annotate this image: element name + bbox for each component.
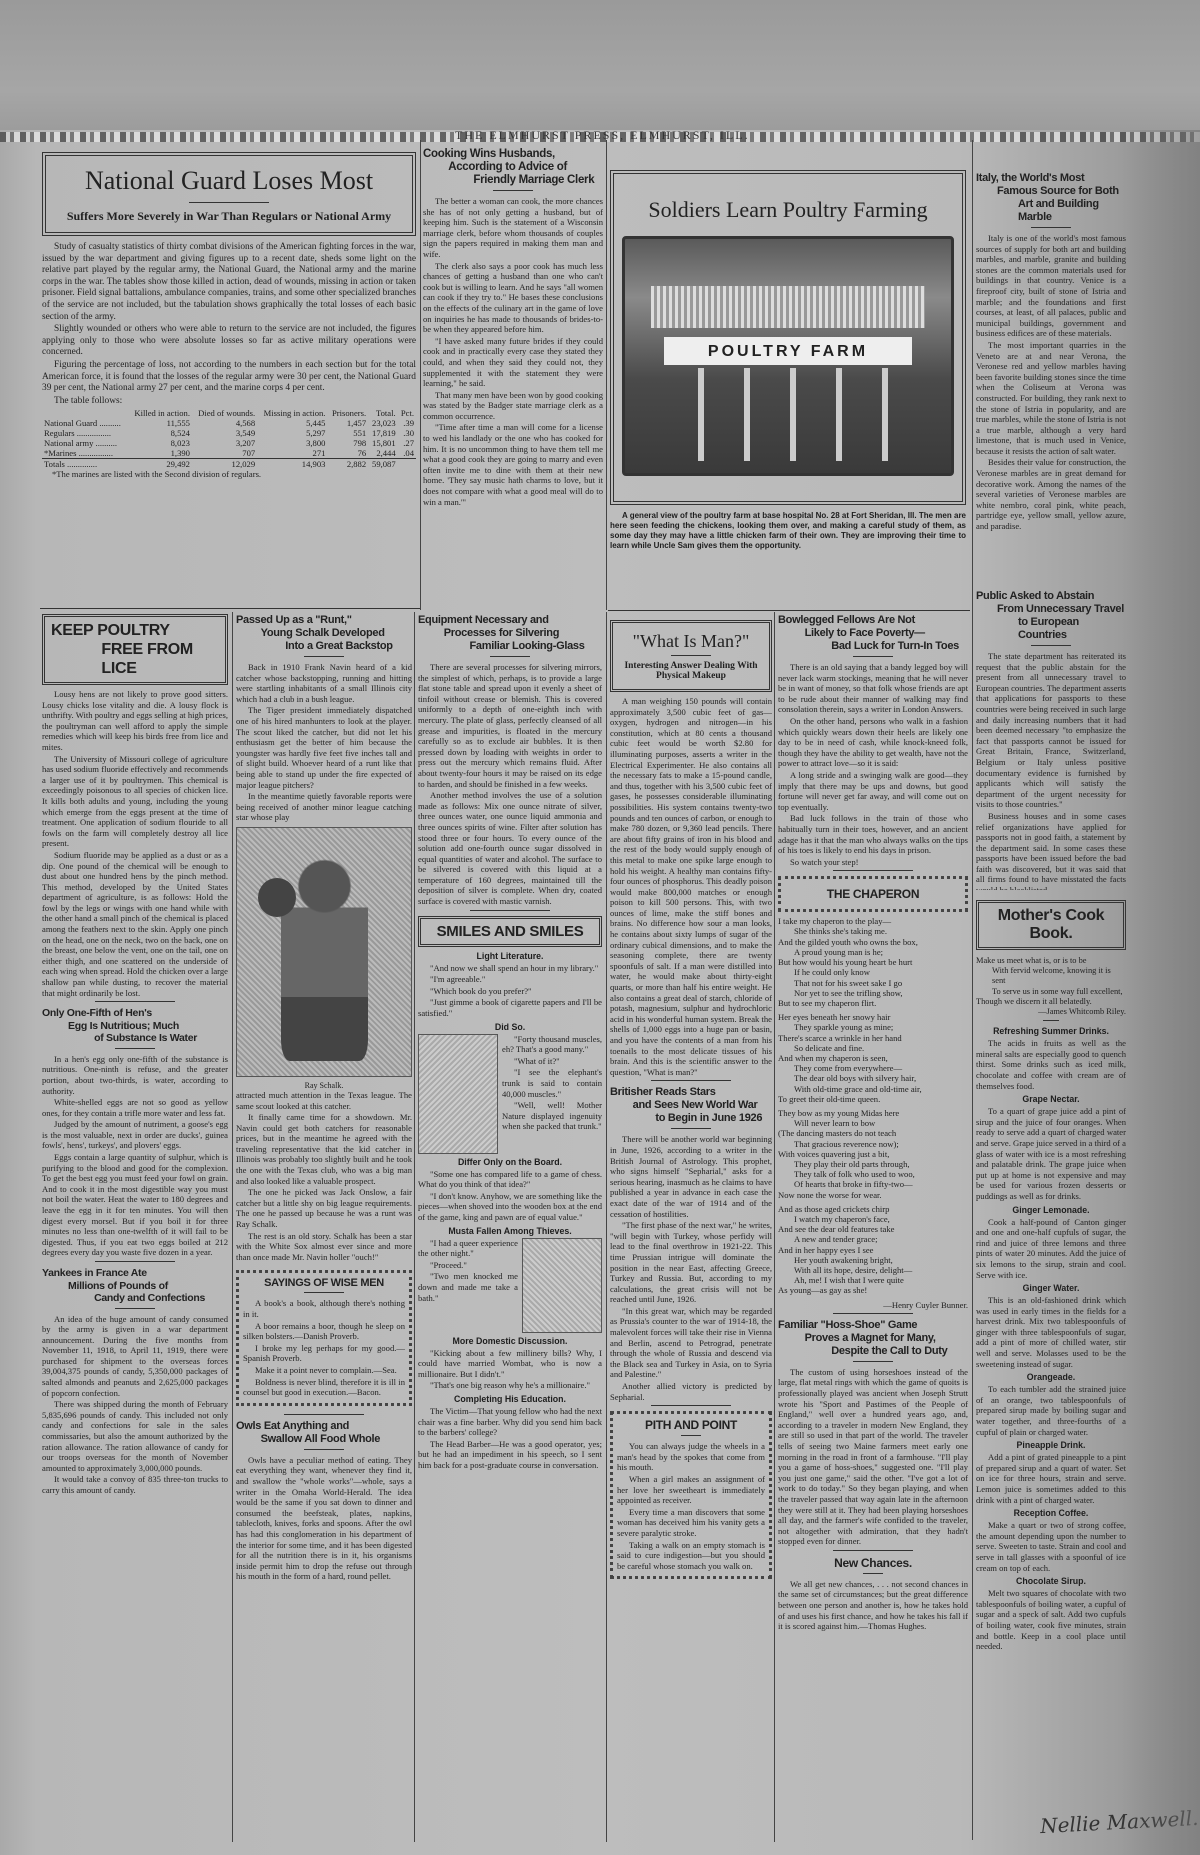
headline-line: Britisher Reads Stars [610, 1086, 772, 1099]
poem-line: And when my chaperon is seen, [778, 1053, 968, 1063]
headline-rule [1031, 227, 1071, 228]
table-cell: 3,549 [192, 428, 257, 438]
paragraph: Bad luck follows in the train of those w… [778, 813, 968, 855]
headline-line: FREE FROM LICE [51, 640, 219, 678]
recipe-text: This is an old-fashioned drink which was… [976, 1295, 1126, 1369]
joke-text: "Forty thousand muscles, eh? That's a go… [502, 1034, 602, 1154]
headline: Public Asked to Abstain From Unnecessary… [976, 590, 1126, 642]
table-cell: Regulars ................ [42, 428, 128, 438]
headline-rule [304, 1292, 344, 1293]
poem-stanza: Her eyes beneath her snowy hairThey spar… [778, 1012, 968, 1104]
what-is-man-title-box: "What Is Man?" Interesting Answer Dealin… [610, 620, 772, 692]
paragraph: "Time after time a man will come for a l… [423, 422, 603, 507]
poem-line: (The dancing masters do not teach [778, 1128, 968, 1138]
poem-line: And the gilded youth who owns the box, [778, 937, 968, 947]
paragraph: A long stride and a swinging walk are go… [778, 770, 968, 812]
paragraph: Business houses and in some cases relief… [976, 811, 1126, 890]
divider [833, 870, 913, 871]
verse-line: With fervid welcome, knowing it is sent [976, 966, 1126, 986]
recipe-title: Grape Nectar. [976, 1094, 1126, 1104]
article-silvering: There are several processes for silverin… [418, 662, 602, 907]
paragraph: Eggs contain a large quantity of sulphur… [42, 1152, 228, 1258]
table-cell: 1,457 [327, 418, 368, 428]
column-rule [606, 612, 607, 1842]
paragraph: Italy is one of the world's most famous … [976, 233, 1126, 339]
headline-line: Cooking Wins Husbands, [423, 148, 603, 161]
poem-line: They sparkle young as mine; [778, 1022, 968, 1032]
sayings-of-wise-men-box: SAYINGS OF WISE MEN A book's a book, alt… [236, 1270, 412, 1405]
joke-line: The Victim—That young fellow who had the… [418, 1406, 602, 1438]
masthead: THE ELMHURST PRESS, ELMHURST, ILL. [455, 128, 750, 143]
joke-text: "I had a queer experience the other nigh… [418, 1238, 518, 1333]
paragraph: "The first phase of the next war," he wr… [610, 1220, 772, 1305]
joke-line: "Just gimme a book of cigarette papers a… [418, 997, 602, 1018]
joke-line: "I don't know. Anyhow, we are something … [418, 1191, 602, 1223]
paragraph: The rest is an old story. Schalk has bee… [236, 1231, 412, 1263]
verse-line: Make us meet what is, or is to be [976, 956, 1126, 966]
headline-line: Millions of Pounds of [42, 1280, 228, 1293]
table-cell: 4,568 [192, 418, 257, 428]
verse: Make us meet what is, or is to be With f… [976, 956, 1126, 1017]
catchers-mitt [258, 878, 296, 918]
headline-line: Yankees in France Ate [42, 1267, 228, 1280]
poem-line: Now none the worse for wear. [778, 1190, 968, 1200]
paragraph: Besides their value for construction, th… [976, 457, 1126, 531]
column-4-lower: "What Is Man?" Interesting Answer Dealin… [610, 620, 772, 1845]
table-header: Missing in action. [257, 408, 327, 418]
paragraph: There are several processes for silverin… [418, 662, 602, 789]
poem-line: There's scarce a wrinkle in her hand [778, 1033, 968, 1043]
article-hoss-shoe: The custom of using horseshoes instead o… [778, 1367, 968, 1547]
recipe-text: To a quart of grape juice add a pint of … [976, 1106, 1126, 1201]
paragraph: attracted much attention in the Texas le… [236, 1090, 412, 1111]
poem-line: Nor yet to see the trifling show, [778, 988, 968, 998]
saying: I broke my leg perhaps for my good.—Span… [243, 1343, 405, 1364]
headline: SAYINGS OF WISE MEN [243, 1277, 405, 1289]
poem-line: The dear old boys with silvery hair, [778, 1073, 968, 1083]
column-rule [774, 612, 775, 1842]
table-header: Died of wounds. [192, 408, 257, 418]
paragraph: Sodium fluoride may be applied as a dust… [42, 850, 228, 998]
poem-line: I watch my chaperon's face, [778, 1214, 968, 1224]
table-row: National army .......... 8,023 3,207 3,8… [42, 438, 416, 448]
table-cell: 59,087 [368, 459, 398, 470]
paragraph: White-shelled eggs are not so good as ye… [42, 1097, 228, 1118]
headline-line: Bowlegged Fellows Are Not [778, 614, 968, 627]
poem-line: But to see my chaperon flirt. [778, 998, 968, 1008]
article-body: Study of casualty statistics of thirty c… [42, 242, 416, 407]
pith-and-point-box: PITH AND POINT You can always judge the … [610, 1411, 772, 1579]
paragraph: Owls have a peculiar method of eating. T… [236, 1455, 412, 1582]
poem-line: With old-time grace and old-time air, [778, 1084, 968, 1094]
table-cell: .39 [398, 418, 416, 428]
paragraph: It would take a convoy of 835 three-ton … [42, 1474, 228, 1495]
article-body: Italy is one of the world's most famous … [976, 233, 1126, 532]
table-header: Killed in action. [128, 408, 192, 418]
table-cell: 551 [327, 428, 368, 438]
joke-line: "Which book do you prefer?" [418, 986, 602, 997]
headline-line: Art and Building Marble [976, 198, 1126, 224]
headline-line: Processes for Silvering [418, 627, 602, 640]
joke-line: The Head Barber—He was a good operator, … [418, 1439, 602, 1471]
poem-line: They talk of folk who used to woo, [778, 1169, 968, 1179]
divider [95, 1001, 175, 1002]
headline-line: Only One-Fifth of Hen's [42, 1007, 228, 1020]
table-cell: National Guard .......... [42, 418, 128, 428]
table-cell: 798 [327, 438, 368, 448]
headline-rule [863, 1573, 883, 1574]
photo-caption: A general view of the poultry farm at ba… [610, 511, 966, 551]
headline-box: KEEP POULTRY FREE FROM LICE [42, 614, 228, 685]
article-britisher: There will be another world war beginnin… [610, 1134, 772, 1402]
headline: "What Is Man?" [617, 631, 765, 652]
paragraph: The one he picked was Jack Onslow, a fai… [236, 1187, 412, 1229]
table-cell: 17,819 [368, 428, 398, 438]
paragraph: "I have asked many future brides if they… [423, 336, 603, 389]
joke-line: "Well, well! Mother Nature displayed ing… [502, 1100, 602, 1132]
headline-line: KEEP POULTRY [51, 621, 219, 640]
headline-line: Public Asked to Abstain [976, 590, 1126, 603]
table-header: Pct. [398, 408, 416, 418]
paragraph: The Tiger president immediately dispatch… [236, 705, 412, 790]
paragraph: The table follows: [42, 396, 416, 408]
headline: Mother's Cook Book. [983, 907, 1119, 943]
poem-line: And see the dear old features take [778, 1224, 968, 1234]
headline: Italy, the World's Most Famous Source fo… [976, 172, 1126, 224]
joke-differ: "Some one has compared life to a game of… [418, 1169, 602, 1223]
headline-line: From Unnecessary Travel [976, 603, 1126, 616]
headline: Only One-Fifth of Hen's Egg Is Nutritiou… [42, 1007, 228, 1045]
article-poultry-farming: Soldiers Learn Poultry Farming POULTRY F… [610, 170, 966, 610]
recipe-title: Pineapple Drink. [976, 1440, 1126, 1450]
newspaper-page: THE ELMHURST PRESS, ELMHURST, ILL. Natio… [0, 0, 1200, 1855]
paragraph: In a hen's egg only one-fifth of the sub… [42, 1054, 228, 1096]
table-cell: National army .......... [42, 438, 128, 448]
poem-line: Her eyes beneath her snowy hair [778, 1012, 968, 1022]
headline-rule [490, 656, 530, 657]
headline-line: Despite the Call to Duty [778, 1345, 968, 1358]
table-cell [398, 459, 416, 470]
table-cell: 5,445 [257, 418, 327, 428]
poem-line: And in her happy eyes I see [778, 1245, 968, 1255]
recipe-text: The acids in fruits as well as the miner… [976, 1038, 1126, 1091]
joke-line: "I had a queer experience the other nigh… [418, 1238, 518, 1259]
article-eggs: In a hen's egg only one-fifth of the sub… [42, 1054, 228, 1258]
joke-line: "And now we shall spend an hour in my li… [418, 963, 602, 974]
joke-title: Completing His Education. [418, 1394, 602, 1404]
table-cell: 14,903 [257, 459, 327, 470]
divider [651, 1080, 731, 1081]
headline: New Chances. [778, 1556, 968, 1570]
table-row: National Guard .......... 11,555 4,568 5… [42, 418, 416, 428]
article-cooking-wins-husbands: Cooking Wins Husbands, According to Advi… [423, 148, 603, 610]
article-mothers-cook-book: Mother's Cook Book. Make us meet what is… [976, 900, 1126, 1850]
table-cell: 3,207 [192, 438, 257, 448]
headline-rule [1031, 645, 1071, 646]
photo-banner: POULTRY FARM [664, 337, 912, 365]
headline-line: Egg Is Nutritious; Much [42, 1020, 228, 1033]
table-header: Prisoners. [327, 408, 368, 418]
headline-line: Swallow All Food Whole [236, 1433, 412, 1446]
article-body: The state department has reiterated its … [976, 651, 1126, 890]
photo-roof [651, 286, 925, 328]
ray-schalk-photo [236, 827, 412, 1077]
recipe-title: Reception Coffee. [976, 1508, 1126, 1518]
headline-line: According to Advice of [423, 161, 603, 174]
table-cell: 8,524 [128, 428, 192, 438]
recipe-text: Make a quart or two of strong coffee, th… [976, 1520, 1126, 1573]
table-cell: 76 [327, 448, 368, 459]
paragraph: The state department has reiterated its … [976, 651, 1126, 810]
joke-line: "Two men knocked me down and made me tak… [418, 1271, 518, 1303]
headline: THE CHAPERON [785, 887, 961, 901]
casualty-table: Killed in action. Died of wounds. Missin… [42, 408, 416, 469]
table-row: *Marines ................ 1,390 707 271 … [42, 448, 416, 459]
poem-line: They come from everywhere— [778, 1063, 968, 1073]
headline-line: to Begin in June 1926 [610, 1112, 772, 1125]
headline-rule [493, 190, 533, 191]
column-rule [420, 140, 421, 610]
headline-rule [115, 1308, 155, 1309]
recipe-text: To each tumbler add the strained juice o… [976, 1384, 1126, 1437]
table-cell: 23,023 [368, 418, 398, 428]
scan-shadow [1120, 130, 1200, 1855]
poem-line: To greet their old-time queen. [778, 1094, 968, 1104]
headline-line: Bad Luck for Turn-In Toes [778, 640, 968, 653]
headline-rule [853, 1361, 893, 1362]
table-row: Regulars ................ 8,524 3,549 5,… [42, 428, 416, 438]
column-3-lower: Equipment Necessary and Processes for Si… [418, 614, 602, 1844]
recipe-title: Refreshing Summer Drinks. [976, 1026, 1126, 1036]
table-cell: 3,800 [257, 438, 327, 448]
paragraph: That many men have been won by good cook… [423, 390, 603, 422]
paragraph: Lousy hens are not likely to prove good … [42, 689, 228, 753]
headline-line: Candy and Confections [42, 1292, 228, 1305]
paragraph: In the meantime quietly favorable report… [236, 791, 412, 823]
joke-title: More Domestic Discussion. [418, 1336, 602, 1346]
headline: KEEP POULTRY FREE FROM LICE [51, 621, 219, 678]
paragraph: "In this great war, which may be regarde… [610, 1306, 772, 1380]
joke-thieves: "I had a queer experience the other nigh… [418, 1238, 602, 1333]
table-cell: 29,492 [128, 459, 192, 470]
article-bowlegged: There is an old saying that a bandy legg… [778, 662, 968, 867]
saying: Boldness is never blind, therefore it is… [243, 1377, 405, 1398]
article-what-is-man: A man weighing 150 pounds will contain a… [610, 696, 772, 1077]
headline-line: Friendly Marriage Clerk [423, 174, 603, 187]
photo-caption: Ray Schalk. [236, 1081, 412, 1090]
section-rule [40, 608, 420, 609]
headline-box: National Guard Loses Most Suffers More S… [42, 152, 416, 236]
paragraph: You can always judge the wheels in a man… [617, 1441, 765, 1473]
verse-author: —James Whitcomb Riley. [976, 1007, 1126, 1017]
sayings-list: A book's a book, although there's nothin… [243, 1298, 405, 1397]
paragraph: The better a woman can cook, the more ch… [423, 196, 603, 260]
headline-line: Owls Eat Anything and [236, 1420, 412, 1433]
recipe-title: Chocolate Sirup. [976, 1576, 1126, 1586]
catcher-figure [281, 848, 368, 1061]
poem-line: If he could only know [778, 967, 968, 977]
table-cell: *Marines ................ [42, 448, 128, 459]
elephant-cartoon [418, 1034, 498, 1154]
joke-line: "I see the elephant's trunk is said to c… [502, 1067, 602, 1099]
article-national-guard: National Guard Loses Most Suffers More S… [42, 152, 416, 607]
poem-line: And as those aged crickets chirp [778, 1204, 968, 1214]
page-top-margin [0, 0, 1200, 130]
headline-line: to European Countries [976, 616, 1126, 642]
photo-posts [658, 368, 919, 462]
poem-line: Her youth awakening bright, [778, 1255, 968, 1265]
table-cell: 271 [257, 448, 327, 459]
article-public-travel: Public Asked to Abstain From Unnecessary… [976, 590, 1126, 890]
poem-line: So delicate and fine. [778, 1043, 968, 1053]
paragraph: We all get new chances, . . . not second… [778, 1579, 968, 1632]
paragraph: Every time a man discovers that some wom… [617, 1507, 765, 1539]
poem-line: They play their old parts through, [778, 1159, 968, 1169]
joke-line: "Forty thousand muscles, eh? That's a go… [502, 1034, 602, 1055]
paragraph: Back in 1910 Frank Navin heard of a kid … [236, 662, 412, 704]
paragraph: So watch your step! [778, 857, 968, 868]
paragraph: On the other hand, persons who walk in a… [778, 716, 968, 769]
headline-line: Proves a Magnet for Many, [778, 1332, 968, 1345]
poem-stanza: I take my chaperon to the play—She think… [778, 916, 968, 1008]
paragraph: Judged by the amount of nutriment, a goo… [42, 1119, 228, 1151]
divider [95, 1261, 175, 1262]
table-cell: 2,444 [368, 448, 398, 459]
table-cell: 11,555 [128, 418, 192, 428]
headline-line: Familiar Looking-Glass [418, 640, 602, 653]
joke-title: Did So. [418, 1022, 602, 1032]
subheadline: Suffers More Severely in War Than Regula… [52, 209, 406, 224]
paragraph: A man weighing 150 pounds will contain a… [610, 696, 772, 1077]
paragraph: The custom of using horseshoes instead o… [778, 1367, 968, 1547]
headline: Owls Eat Anything and Swallow All Food W… [236, 1420, 412, 1446]
paragraph: The clerk also says a poor cook has much… [423, 261, 603, 335]
headline: Passed Up as a "Runt," Young Schalk Deve… [236, 614, 412, 653]
column-2-lower: Passed Up as a "Runt," Young Schalk Deve… [236, 614, 412, 1844]
table-cell: 8,023 [128, 438, 192, 448]
paragraph: Slightly wounded or others who were able… [42, 324, 416, 359]
table-footnote: *The marines are listed with the Second … [42, 469, 416, 480]
joke-line: "Kicking about a few millinery bills? Wh… [418, 1348, 602, 1380]
paragraph: There was shipped during the month of Fe… [42, 1399, 228, 1473]
table-cell: .30 [398, 428, 416, 438]
paragraph: Another method involves the use of a sol… [418, 790, 602, 907]
headline-line: Famous Source for Both [976, 185, 1126, 198]
poem-line: With voices quavering just a bit, [778, 1149, 968, 1159]
poem-line: With all its hope, desire, delight— [778, 1265, 968, 1275]
paragraph: The University of Missouri college of ag… [42, 754, 228, 849]
column-rule [972, 140, 973, 1840]
headline: PITH AND POINT [617, 1418, 765, 1432]
recipe-title: Orangeade. [976, 1372, 1126, 1382]
poem-line: Will never learn to bow [778, 1118, 968, 1128]
article-owls: Owls have a peculiar method of eating. T… [236, 1455, 412, 1582]
divider [833, 1550, 913, 1551]
divider [470, 910, 550, 911]
paragraph: Figuring the percentage of loss, not acc… [42, 360, 416, 395]
headline-rule [304, 656, 344, 657]
poem-line: That not for his sweet sake I go [778, 978, 968, 988]
joke-line: "I'm agreeable." [418, 974, 602, 985]
table-header [42, 408, 128, 418]
paragraph: When a girl makes an assignment of her l… [617, 1474, 765, 1506]
column-rule [414, 612, 415, 1842]
table-cell: 5,297 [257, 428, 327, 438]
headline-rule [115, 1048, 155, 1049]
poem-line: I take my chaperon to the play— [778, 916, 968, 926]
headline-line: Likely to Face Poverty— [778, 627, 968, 640]
joke-line: "Proceed." [418, 1260, 518, 1271]
headline-line: and Sees New World War [610, 1099, 772, 1112]
paragraph: An idea of the huge amount of candy cons… [42, 1314, 228, 1399]
table-cell: 1,390 [128, 448, 192, 459]
table-header: Total. [368, 408, 398, 418]
paragraph: Another allied victory is predicted by S… [610, 1381, 772, 1402]
headline: Equipment Necessary and Processes for Si… [418, 614, 602, 653]
smiles-title-box: SMILES AND SMILES [418, 916, 602, 947]
table-cell: Totals .............. [42, 459, 128, 470]
poem-stanza: And as those aged crickets chirpI watch … [778, 1204, 968, 1296]
recipe-text: Melt two squares of chocolate with two t… [976, 1588, 1126, 1652]
photo-frame: Soldiers Learn Poultry Farming POULTRY F… [610, 170, 966, 505]
subheadline: Interesting Answer Dealing With Physical… [617, 661, 765, 681]
poem-line: Of hearts that broke in fifty-two— [778, 1179, 968, 1189]
divider [833, 1313, 913, 1314]
poem-line: She thinks she's taking me. [778, 926, 968, 936]
headline-line: Passed Up as a "Runt," [236, 614, 412, 627]
paragraph: Study of casualty statistics of thirty c… [42, 242, 416, 323]
recipe-title: Ginger Water. [976, 1283, 1126, 1293]
table-cell: 12,029 [192, 459, 257, 470]
paragraph: There is an old saying that a bandy legg… [778, 662, 968, 715]
headline: Cooking Wins Husbands, According to Advi… [423, 148, 603, 187]
column-1-lower: KEEP POULTRY FREE FROM LICE Lousy hens a… [42, 614, 228, 1844]
joke-line: "That's one big reason why he's a millio… [418, 1380, 602, 1391]
chaperon-title-box: THE CHAPERON [778, 876, 968, 912]
cook-book-title-box: Mother's Cook Book. [976, 900, 1126, 950]
paragraph: It finally came time for a showdown. Mr.… [236, 1112, 412, 1186]
joke-line: "Some one has compared life to a game of… [418, 1169, 602, 1190]
article-yankees-candy: An idea of the huge amount of candy cons… [42, 1314, 228, 1496]
article-schalk: Back in 1910 Frank Navin heard of a kid … [236, 662, 412, 823]
headline-rule [681, 1435, 701, 1436]
poem-line: As young—as gay as she! [778, 1285, 968, 1295]
table-cell: 707 [192, 448, 257, 459]
recipe-text: Cook a half-pound of Canton ginger and o… [976, 1217, 1126, 1281]
table-cell: 2,882 [327, 459, 368, 470]
pith-list: You can always judge the wheels in a man… [617, 1441, 765, 1571]
table-header-row: Killed in action. Died of wounds. Missin… [42, 408, 416, 418]
joke-light-literature: "And now we shall spend an hour in my li… [418, 963, 602, 1019]
poultry-farm-photo: POULTRY FARM [622, 236, 954, 476]
headline: Soldiers Learn Poultry Farming [622, 190, 954, 230]
divider [284, 1414, 364, 1415]
article-new-chances: We all get new chances, . . . not second… [778, 1579, 968, 1632]
poem-stanza: They bow as my young Midas hereWill neve… [778, 1108, 968, 1200]
paragraph: The most important quarries in the Venet… [976, 340, 1126, 457]
table-cell: .27 [398, 438, 416, 448]
article-schalk-continued: attracted much attention in the Texas le… [236, 1090, 412, 1263]
joke-title: Light Literature. [418, 951, 602, 961]
paragraph: There will be another world war beginnin… [610, 1134, 772, 1219]
headline-line: Italy, the World's Most [976, 172, 1126, 185]
headline: National Guard Loses Most [52, 166, 406, 196]
headline-rule [189, 202, 269, 203]
headline-line: Young Schalk Developed [236, 627, 412, 640]
poem-line: Ah, me! I wish that I were quite [778, 1275, 968, 1285]
divider [1043, 1020, 1059, 1021]
headline-line: Familiar "Hoss-Shoe" Game [778, 1319, 968, 1332]
